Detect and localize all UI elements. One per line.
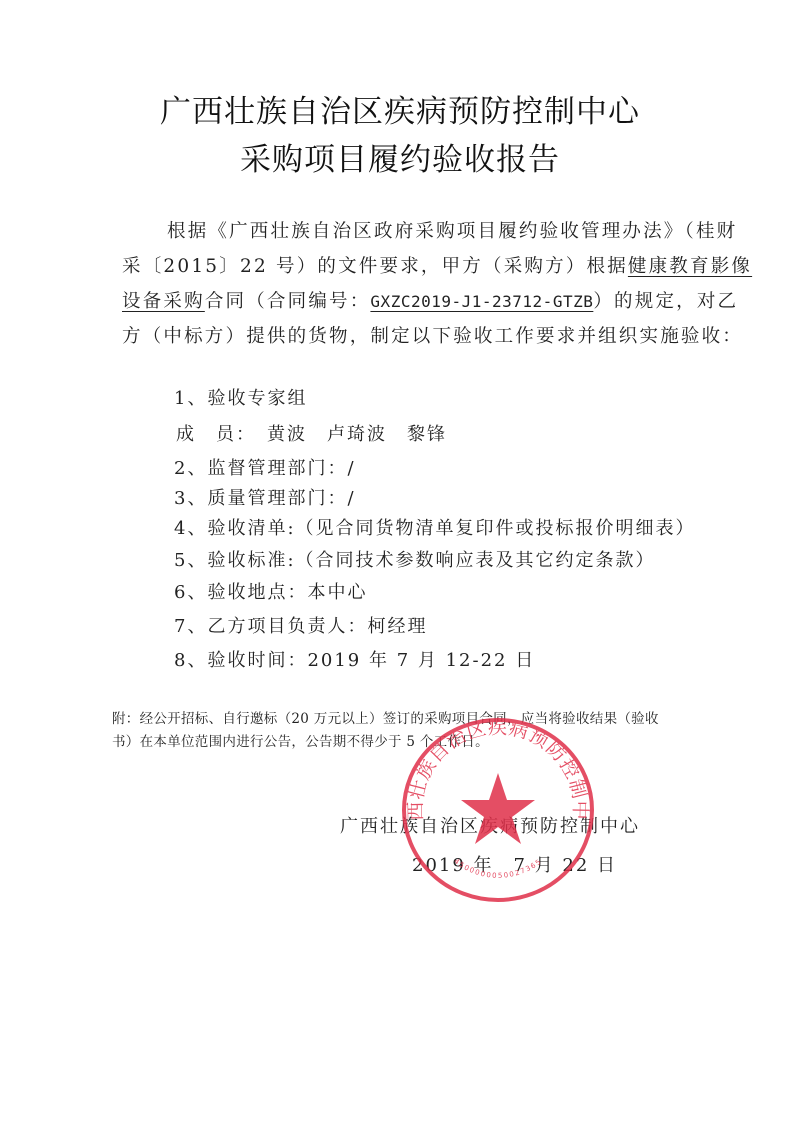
list-item-members: 成 员： 黄波 卢琦波 黎锋 bbox=[176, 420, 447, 446]
contract-number: GXZC2019-J1-23712-GTZB bbox=[370, 292, 593, 311]
project-name-part1: 健康教育影像 bbox=[628, 256, 752, 277]
signature-date: 2019 年 7 月 22 日 bbox=[412, 851, 617, 877]
intro-line-4: 方（中标方）提供的货物，制定以下验收工作要求并组织实施验收： bbox=[122, 319, 702, 354]
list-item-checklist: 4、验收清单:（见合同货物清单复印件或投标报价明细表） bbox=[174, 514, 696, 540]
list-item-expert-group: 1、验收专家组 bbox=[174, 384, 307, 410]
document-page: 广西壮族自治区疾病预防控制中心 采购项目履约验收报告 根据《广西壮族自治区政府采… bbox=[0, 0, 800, 1131]
appendix-note: 附：经公开招标、自行邀标（20 万元以上）签订的采购项目合同，应当将验收结果（验… bbox=[112, 708, 692, 754]
list-item-location: 6、验收地点：本中心 bbox=[174, 578, 367, 604]
note-line-1: 附：经公开招标、自行邀标（20 万元以上）签订的采购项目合同，应当将验收结果（验… bbox=[112, 708, 692, 731]
intro-line-3: 设备采购合同（合同编号：GXZC2019-J1-23712-GTZB）的规定，对… bbox=[122, 284, 702, 319]
document-title-report: 采购项目履约验收报告 bbox=[0, 134, 800, 179]
intro-line-1: 根据《广西壮族自治区政府采购项目履约验收管理办法》（桂财 bbox=[122, 214, 702, 249]
list-item-quality-dept: 3、质量管理部门：/ bbox=[174, 484, 356, 510]
note-line-2: 书）在本单位范围内进行公告，公告期不得少于 5 个工作日。 bbox=[112, 731, 692, 754]
list-item-contractor-lead: 7、乙方项目负责人：柯经理 bbox=[174, 612, 427, 638]
document-title-org: 广西壮族自治区疾病预防控制中心 bbox=[0, 86, 800, 131]
intro-line-2: 采〔2015〕22 号）的文件要求，甲方（采购方）根据健康教育影像 bbox=[122, 249, 702, 284]
intro-line-3-text: 合同（合同编号： bbox=[205, 291, 371, 312]
signature-org: 广西壮族自治区疾病预防控制中心 bbox=[340, 812, 640, 838]
list-item-supervision-dept: 2、监督管理部门：/ bbox=[174, 454, 356, 480]
intro-line-3-tail: ）的规定，对乙 bbox=[593, 291, 738, 312]
intro-paragraph: 根据《广西壮族自治区政府采购项目履约验收管理办法》（桂财 采〔2015〕22 号… bbox=[122, 214, 702, 354]
list-item-standard: 5、验收标准:（合同技术参数响应表及其它约定条款） bbox=[174, 546, 656, 572]
list-item-date: 8、验收时间：2019 年 7 月 12-22 日 bbox=[174, 646, 535, 672]
project-name-part2: 设备采购 bbox=[122, 291, 205, 312]
intro-line-2-text: 采〔2015〕22 号）的文件要求，甲方（采购方）根据 bbox=[122, 256, 628, 277]
